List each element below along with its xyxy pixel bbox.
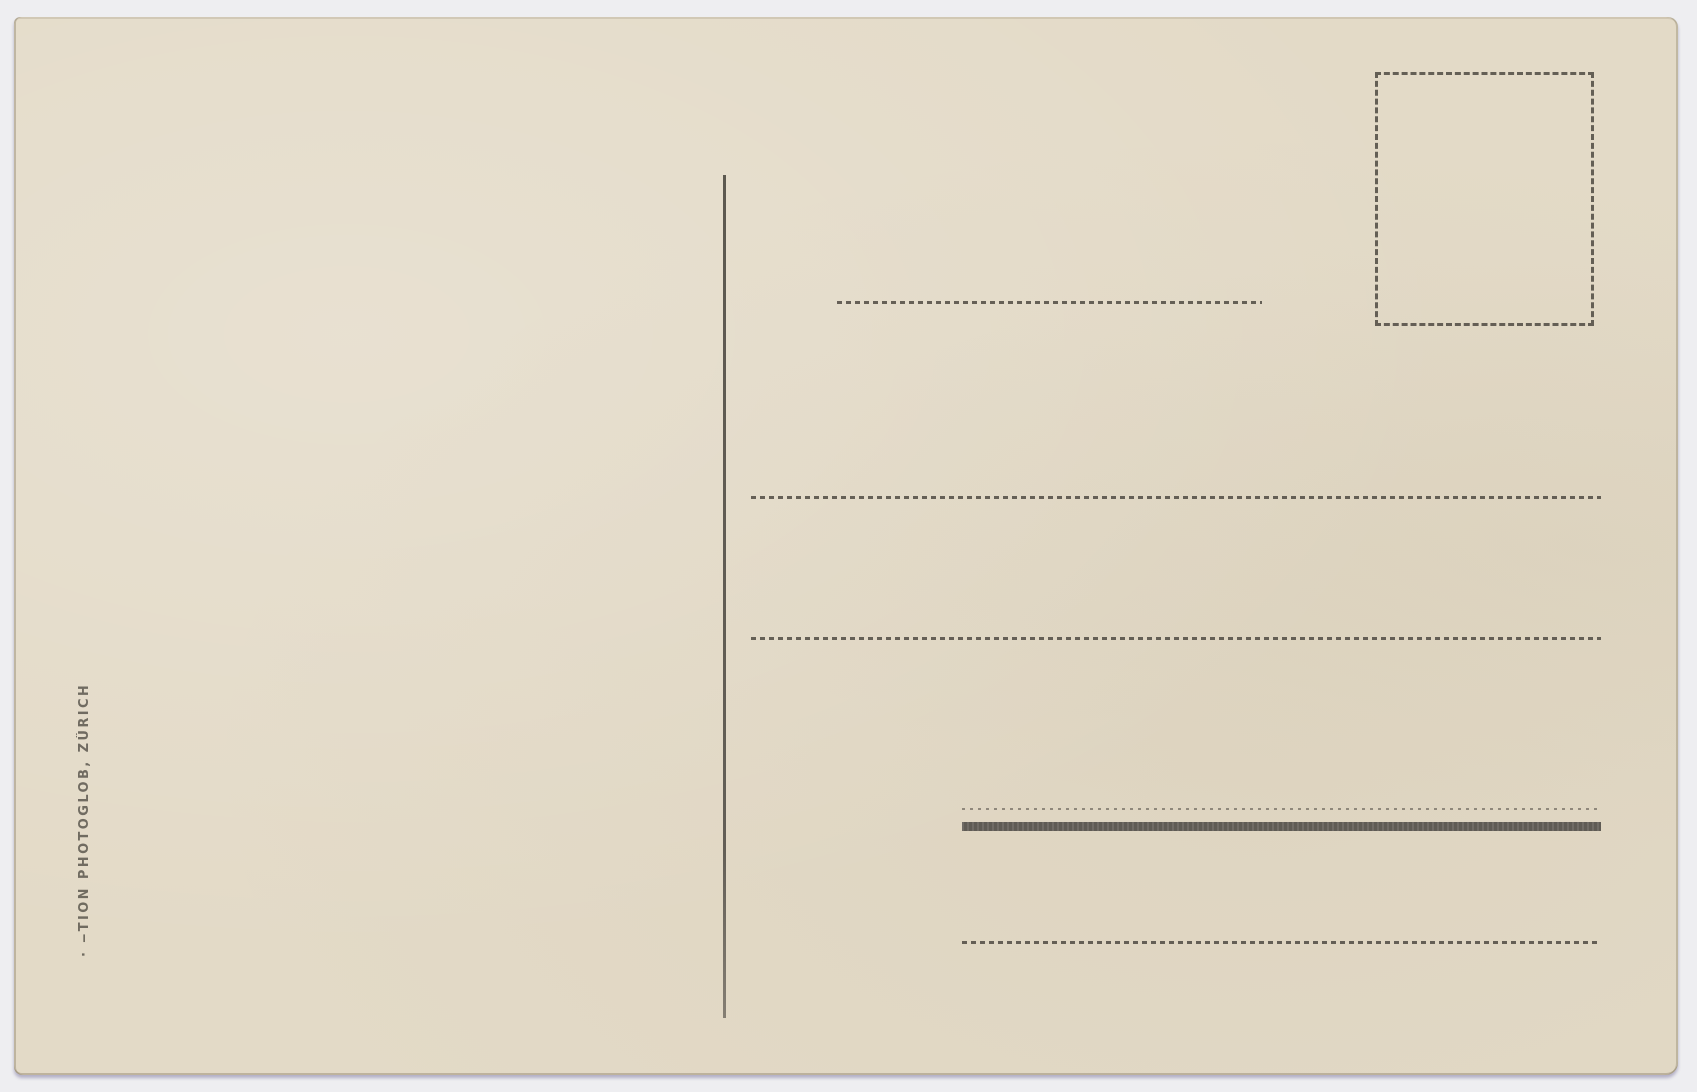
stamp-box xyxy=(1375,72,1594,326)
address-line-2 xyxy=(751,496,1601,499)
postcard-back: · ‒TION PHOTOGLOB, ZÜRICH xyxy=(14,17,1678,1075)
message-address-divider xyxy=(723,175,726,1018)
address-line-1 xyxy=(837,301,1262,304)
address-line-4 xyxy=(962,808,1601,810)
address-line-6 xyxy=(962,941,1601,944)
address-line-5-heavy xyxy=(962,822,1601,831)
publisher-imprint: · ‒TION PHOTOGLOB, ZÜRICH xyxy=(77,683,92,957)
address-line-3 xyxy=(751,637,1601,640)
